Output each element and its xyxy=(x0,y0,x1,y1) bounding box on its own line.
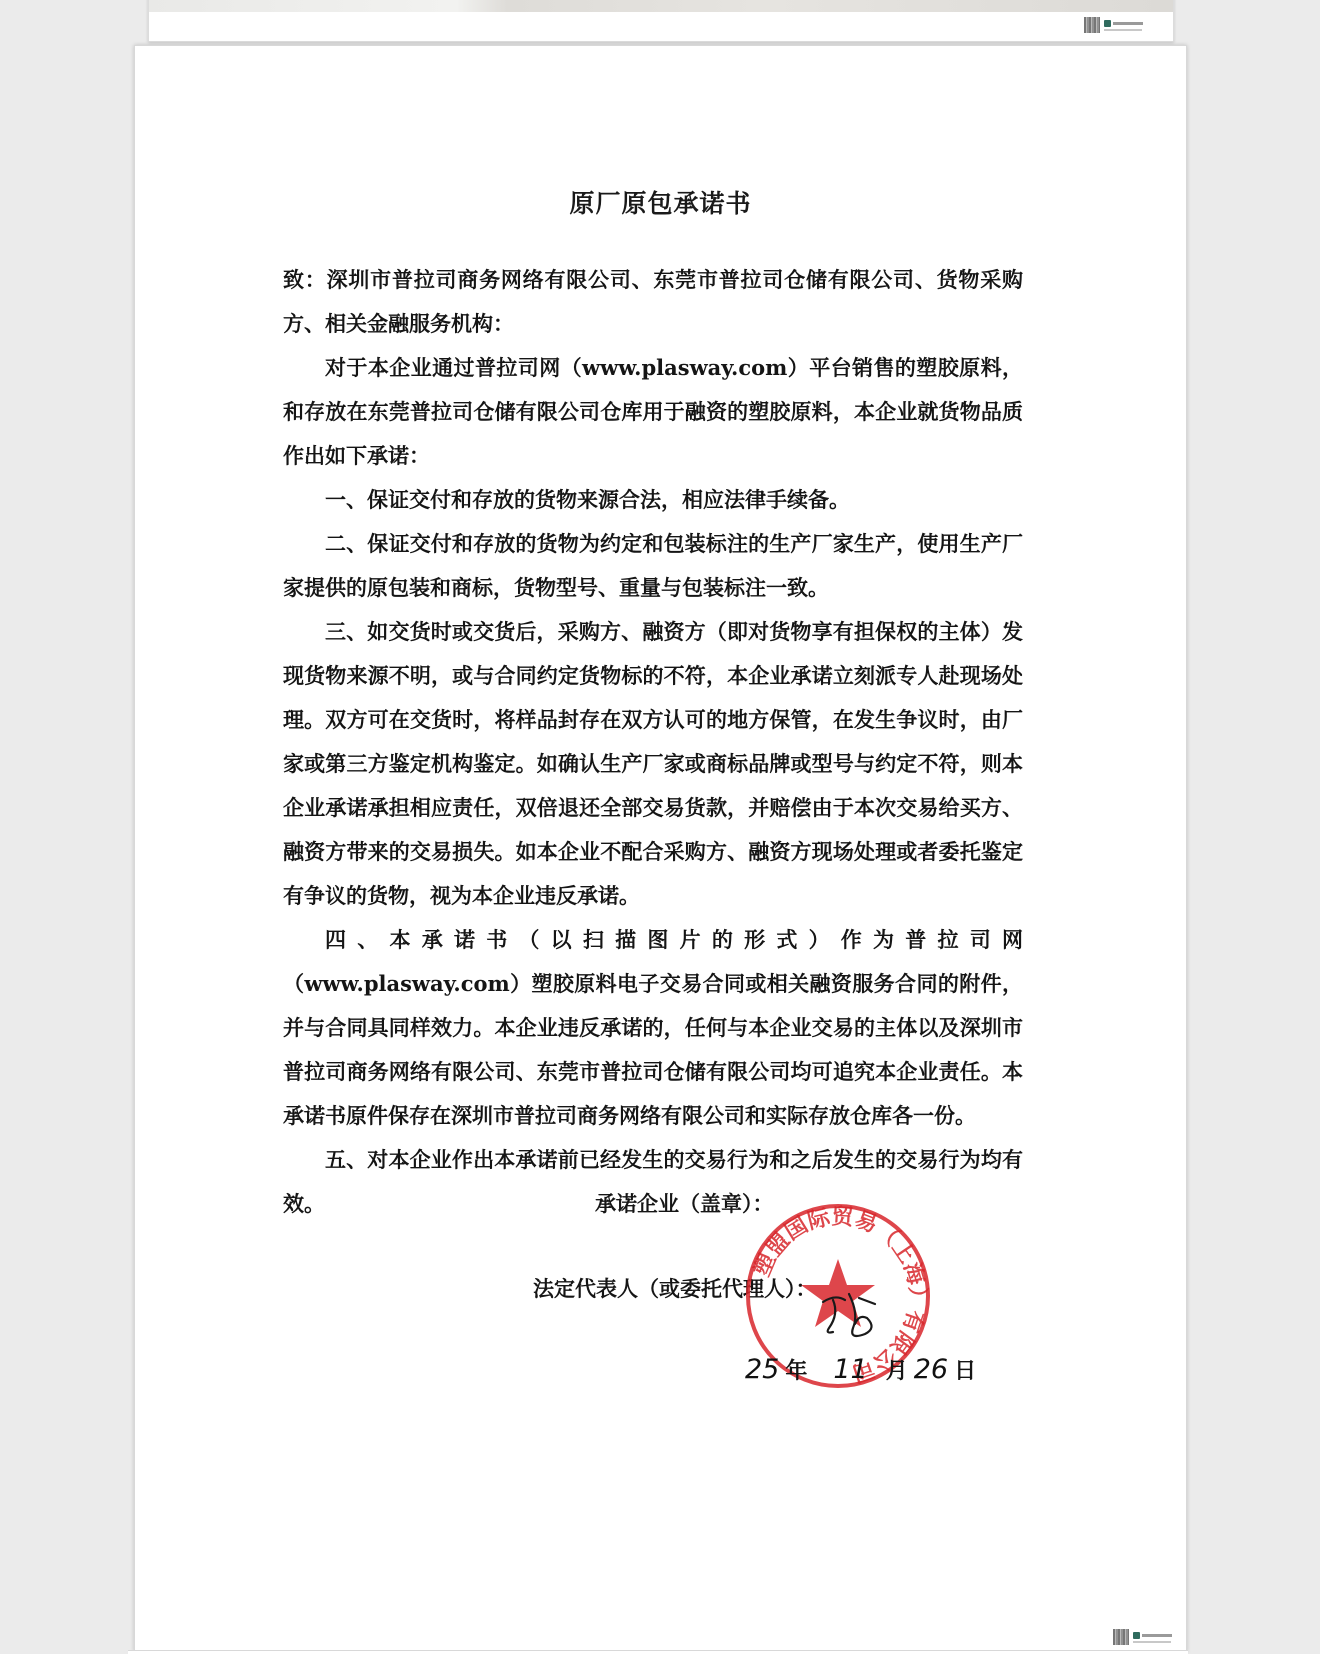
scanner-watermark xyxy=(1113,1629,1172,1645)
watermark-label xyxy=(1113,22,1143,25)
addressee: 致：深圳市普拉司商务网络有限公司、东莞市普拉司仓储有限公司、货物采购方、相关金融… xyxy=(283,258,1023,346)
date-month-handwritten: 11 xyxy=(833,1354,867,1385)
watermark-label xyxy=(1142,1634,1172,1637)
previous-page-image xyxy=(149,0,1173,12)
intro-paragraph: 对于本企业通过普拉司网（www.plasway.com）平台销售的塑胶原料，和存… xyxy=(283,346,1023,478)
company-seal-label: 承诺企业（盖章）： xyxy=(595,1188,774,1218)
date-year-label: 年 xyxy=(785,1354,807,1385)
document-page: 原厂原包承诺书 致：深圳市普拉司商务网络有限公司、东莞市普拉司仓储有限公司、货物… xyxy=(134,45,1187,1652)
date-year-handwritten: 25 xyxy=(745,1354,779,1385)
qr-code-icon xyxy=(1113,1629,1129,1645)
date-day-handwritten: 26 xyxy=(914,1354,948,1385)
date-month-label: 月 xyxy=(886,1354,908,1385)
scanner-watermark xyxy=(1084,17,1143,33)
document-body: 致：深圳市普拉司商务网络有限公司、东莞市普拉司仓储有限公司、货物采购方、相关金融… xyxy=(283,258,1023,1226)
representative-label: 法定代表人（或委托代理人）： xyxy=(533,1273,817,1303)
document-title: 原厂原包承诺书 xyxy=(135,184,1186,220)
next-page xyxy=(128,1650,1188,1654)
qr-code-icon xyxy=(1084,17,1100,33)
handwritten-signature xyxy=(815,1284,885,1344)
scanner-logo-icon xyxy=(1104,20,1111,27)
clause-2: 二、保证交付和存放的货物为约定和包装标注的生产厂家生产，使用生产厂家提供的原包装… xyxy=(283,522,1023,610)
signing-date: 25 年 11 月 26 日 xyxy=(745,1354,976,1385)
scanner-logo-icon xyxy=(1133,1632,1140,1639)
clause-3: 三、如交货时或交货后，采购方、融资方（即对货物享有担保权的主体）发现货物来源不明… xyxy=(283,610,1023,918)
clause-1: 一、保证交付和存放的货物来源合法，相应法律手续备。 xyxy=(283,478,1023,522)
date-day-label: 日 xyxy=(954,1354,976,1385)
clause-4: 四、本承诺书（以扫描图片的形式）作为普拉司网（www.plasway.com）塑… xyxy=(283,918,1023,1138)
previous-page xyxy=(148,0,1174,42)
